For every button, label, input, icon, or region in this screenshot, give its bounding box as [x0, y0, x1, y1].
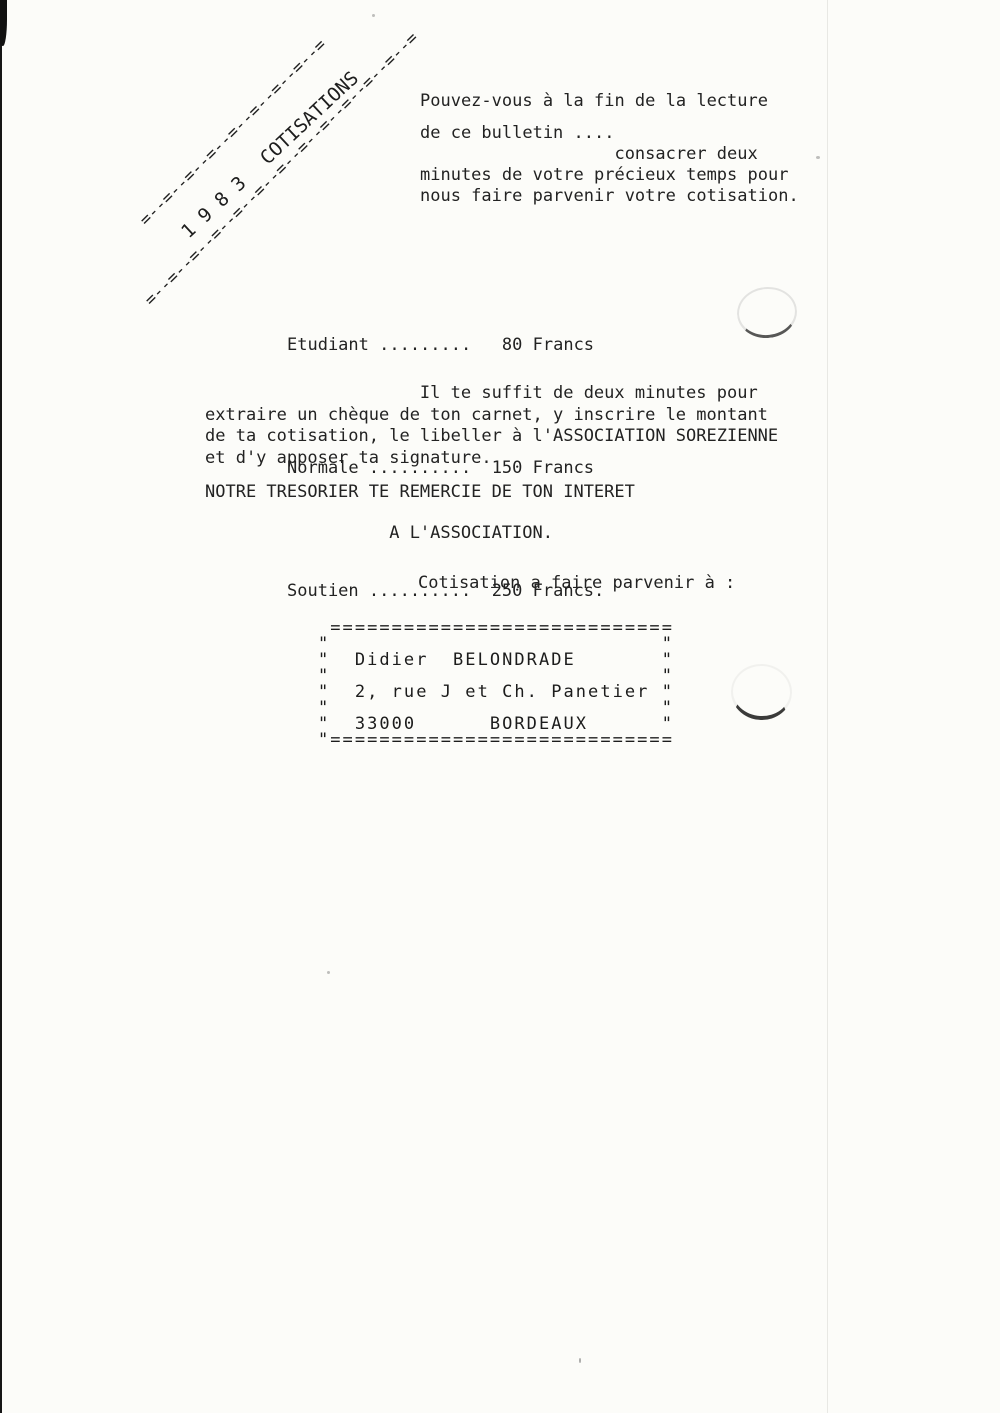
intro-continuation-lines: consacrer deux minutes de votre précieux…	[420, 144, 799, 207]
scan-edge-top-left-corner	[0, 0, 7, 46]
scan-edge-left	[0, 0, 2, 1413]
scan-speck	[372, 14, 375, 17]
send-to-label: Cotisation a faire parvenir à :	[418, 573, 735, 594]
fee-row-etudiant: Etudiant ......... 80 Francs	[287, 325, 604, 366]
punch-hole-shadow-top	[734, 284, 799, 341]
treasurer-thanks: NOTRE TRESORIER TE REMERCIE DE TON INTER…	[205, 472, 635, 554]
scan-speck	[327, 971, 330, 974]
scan-speck	[816, 156, 820, 159]
paper-fold-line	[827, 0, 828, 1413]
intro-opening-lines: Pouvez-vous à la fin de la lecture de ce…	[420, 85, 768, 149]
scanned-page: =--=--=--=--=--=--=--=--= 1 9 8 3COTISAT…	[0, 0, 1000, 1413]
appeal-paragraph: Il te suffit de deux minutes pour extrai…	[205, 383, 778, 469]
scan-speck	[579, 1358, 581, 1363]
address-box: ============================ " " " Didie…	[318, 620, 674, 748]
punch-hole-shadow-bottom	[730, 662, 794, 721]
